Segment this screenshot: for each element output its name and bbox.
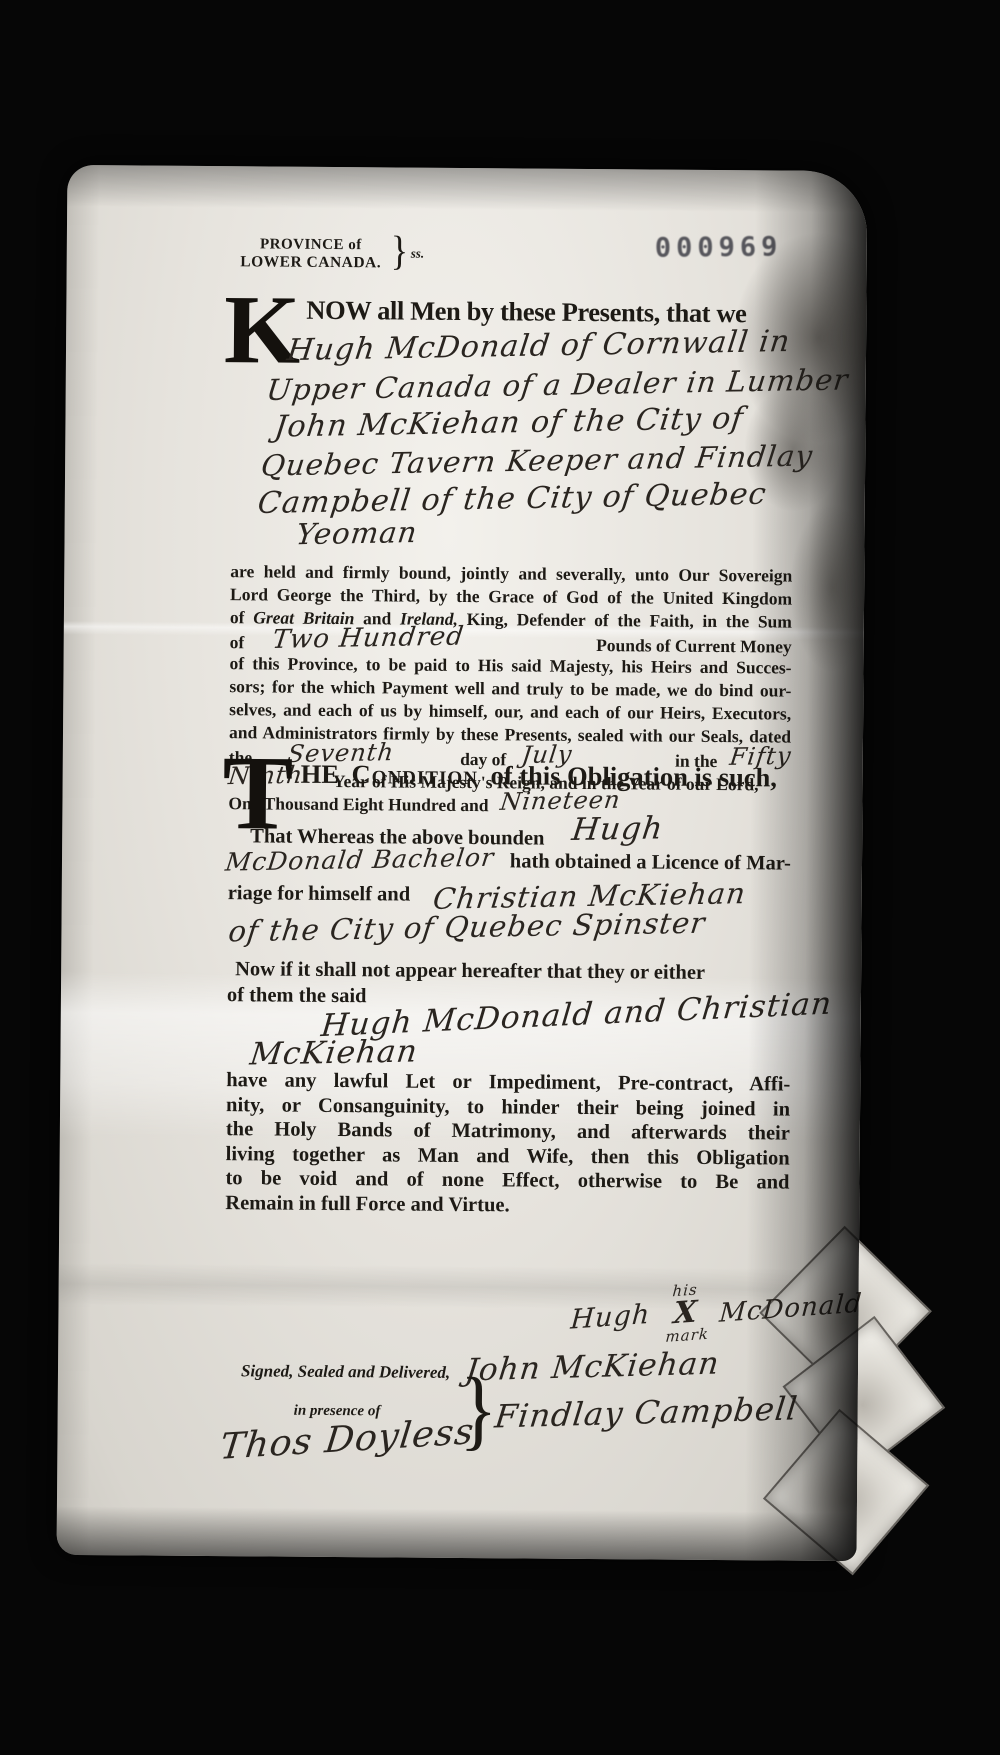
attestation-line1: Signed, Sealed and Delivered, xyxy=(241,1361,450,1383)
handwritten-line: Upper Canada of a Dealer in Lumber xyxy=(265,362,851,407)
signature-hugh-first: Hugh xyxy=(569,1298,651,1335)
licence-text: hath obtained a Licence of Mar- xyxy=(510,850,791,875)
licence-line: McDonald Bachelor hath obtained a Licenc… xyxy=(226,842,791,875)
handwritten-year: Nineteen xyxy=(499,789,622,814)
bond-line-segment: of xyxy=(230,607,253,627)
his-mark-x: X xyxy=(673,1297,699,1329)
signer-findlay-signature: Findlay Campbell xyxy=(493,1389,800,1435)
witness-signature: Thos Doyless xyxy=(218,1411,477,1467)
closing-line: the Holy Bands of Matrimony, and afterwa… xyxy=(226,1117,790,1146)
sum-line: of Two Hundred Pounds of Current Money xyxy=(230,629,792,656)
handwritten-line: Quebec Tavern Keeper and Findlay xyxy=(259,439,815,483)
signature-hugh-last: McDonald xyxy=(718,1289,863,1329)
handwritten-line: John McKiehan of the City of xyxy=(273,401,746,445)
know-headline: NOW all Men by these Presents, that we xyxy=(306,295,746,329)
closing-paragraph: have any lawful Let or Impediment, Pre-c… xyxy=(225,1068,790,1219)
bond-line-segment: King, Defender of the Faith, in the Sum xyxy=(458,609,792,632)
condition-headline: HE Condition of this Obligation is such, xyxy=(301,759,778,794)
header-province: PROVINCE of LOWER CANADA. xyxy=(235,236,387,271)
handwritten-sum: Two Hundred xyxy=(271,626,465,652)
closing-line: Remain in full Force and Virtue. xyxy=(225,1191,789,1220)
now-line: Now if it shall not appear hereafter tha… xyxy=(235,958,705,985)
sum-pre: of xyxy=(230,631,245,654)
signer-john-signature: John McKiehan xyxy=(463,1346,721,1389)
scanned-document-view: PROVINCE of LOWER CANADA. } ss. 000969 K… xyxy=(0,0,1000,1755)
now-line: of them the said xyxy=(227,984,367,1008)
condition-headline-smallcaps: Condition xyxy=(351,759,478,790)
bride-pre-text: riage for himself and xyxy=(228,882,411,906)
serial-stamp: 000969 xyxy=(655,231,783,263)
handwritten-line: Campbell of the City of Quebec xyxy=(256,477,769,521)
province-line2: LOWER CANADA. xyxy=(235,253,387,271)
handwritten-line: Yeoman xyxy=(294,515,419,551)
condition-headline-pre: HE xyxy=(301,759,340,789)
province-line1: PROVINCE of xyxy=(235,236,387,254)
closing-line: have any lawful Let or Impediment, Pre-c… xyxy=(226,1068,790,1097)
handwritten-couple-names: McKiehan xyxy=(248,1033,420,1072)
bride-line: riage for himself and Christian McKiehan xyxy=(228,872,746,910)
handwritten-line: Hugh McDonald of Cornwall in xyxy=(285,324,792,368)
condition-headline-post: of this Obligation is such, xyxy=(490,760,777,792)
closing-line: to be void and of none Effect, otherwise… xyxy=(225,1166,789,1195)
header-ss-label: ss. xyxy=(411,246,425,262)
his-mark-label-bottom: mark xyxy=(665,1327,710,1345)
handwritten-bride-residence: of the City of Quebec Spinster xyxy=(227,906,708,949)
document-page: PROVINCE of LOWER CANADA. } ss. 000969 K… xyxy=(57,165,868,1561)
handwritten-groom-first: Hugh xyxy=(570,810,666,848)
his-mark-stack: his X mark xyxy=(663,1282,709,1344)
header-brace: } xyxy=(391,226,409,274)
